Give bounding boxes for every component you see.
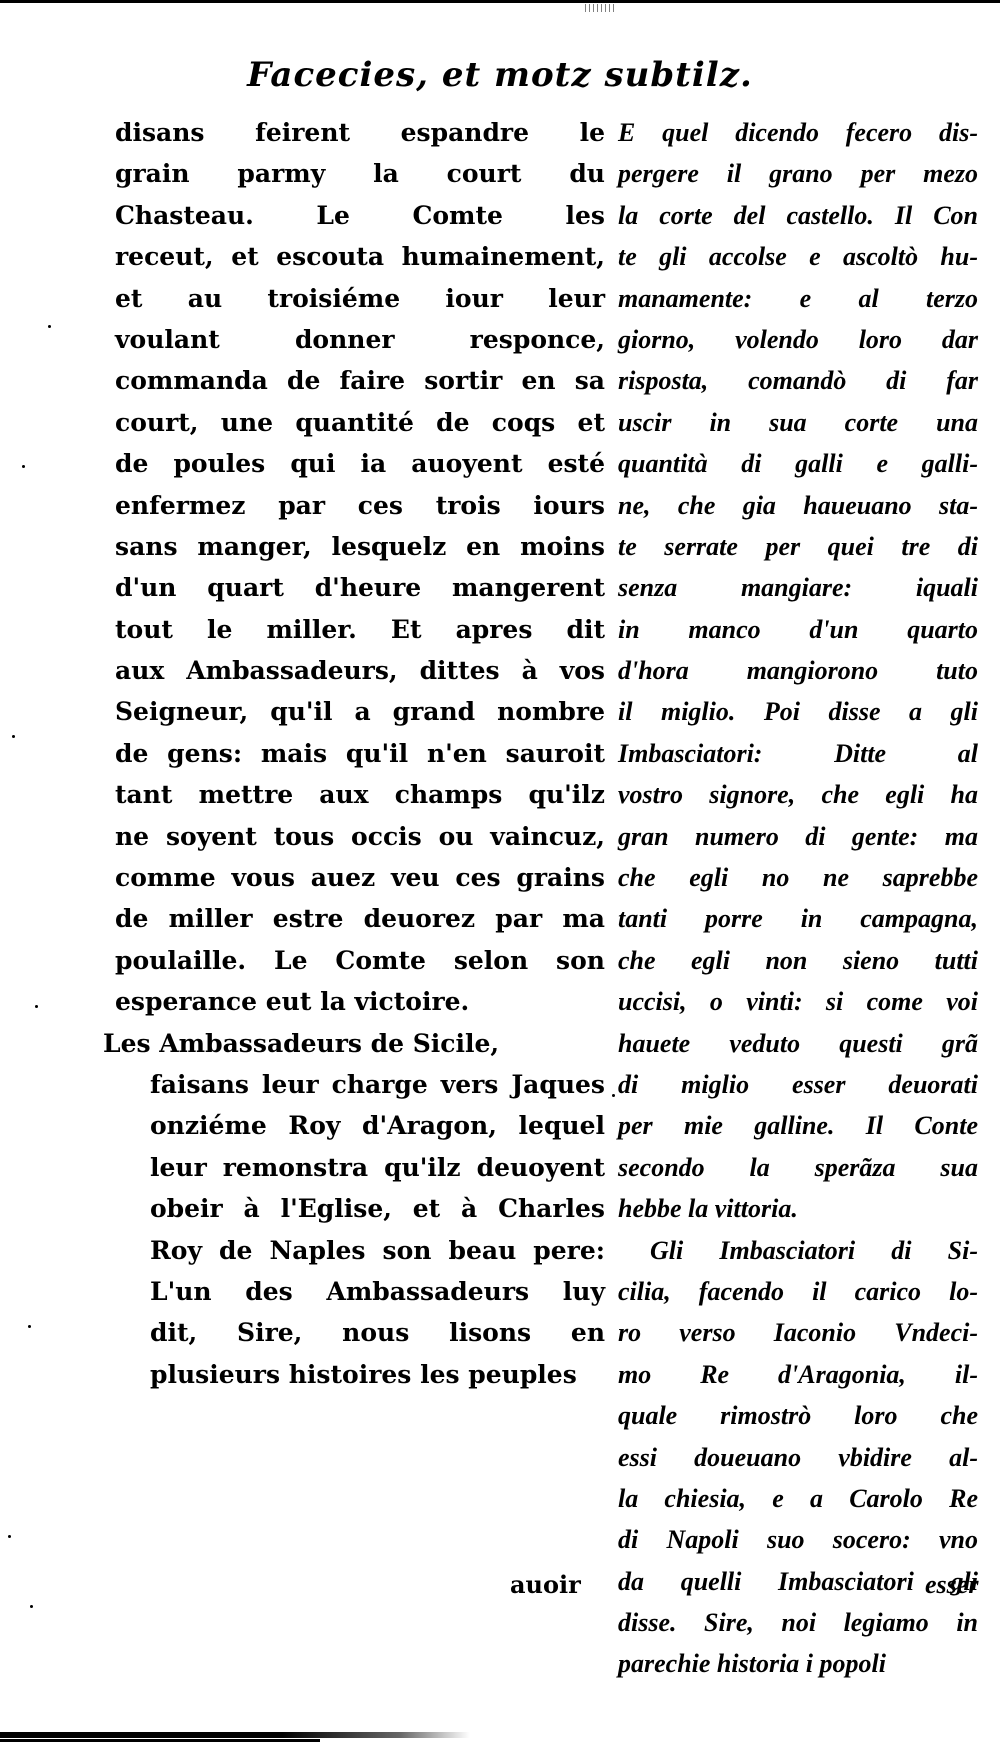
text-line: plusieurs histoires les peuples xyxy=(115,1354,605,1395)
text-line: poulaille. Le Comte selon son xyxy=(115,940,605,981)
bottom-border-rule xyxy=(0,1732,470,1738)
text-line: L'un des Ambassadeurs luy xyxy=(115,1271,605,1312)
text-line: ro verso Iaconio Vndeci- xyxy=(618,1312,978,1353)
bottom-border-rule-secondary xyxy=(0,1739,320,1742)
text-line: il miglio. Poi disse a gli xyxy=(618,691,978,732)
text-line: Gli Imbasciatori di Si- xyxy=(618,1230,978,1271)
text-line: faisans leur charge vers Jaques xyxy=(115,1064,605,1105)
text-line: senza mangiare: iquali xyxy=(618,567,978,608)
text-line: d'hora mangiorono tuto xyxy=(618,650,978,691)
text-line: onziéme Roy d'Aragon, lequel xyxy=(115,1105,605,1146)
scan-speck xyxy=(48,325,51,328)
text-line: de poules qui ia auoyent esté xyxy=(115,443,605,484)
text-line: te gli accolse e ascoltò hu- xyxy=(618,236,978,277)
text-line: ne, che gia haueuano sta- xyxy=(618,485,978,526)
text-line: tout le miller. Et apres dit xyxy=(115,609,605,650)
running-head: Facecies, et motz subtilz. xyxy=(0,55,1000,95)
text-line: da quelli Imbasciatori gli xyxy=(618,1561,978,1602)
scan-speck xyxy=(8,1535,11,1538)
text-line: disse. Sire, noi legiamo in xyxy=(618,1602,978,1643)
text-line: quale rimostrò loro che xyxy=(618,1395,978,1436)
text-line: Les Ambassadeurs de Sicile, xyxy=(103,1023,605,1064)
text-line: receut, et escouta humainement, xyxy=(115,236,605,277)
scan-artifact xyxy=(585,4,615,12)
scan-speck xyxy=(35,1005,38,1008)
text-line: uccisi, o vinti: si come voi xyxy=(618,981,978,1022)
text-line: secondo la sperãza sua xyxy=(618,1147,978,1188)
catchword-italian: esser xyxy=(925,1570,978,1600)
top-border-rule xyxy=(0,0,1000,3)
text-line: leur remonstra qu'ilz deuoyent xyxy=(115,1147,605,1188)
text-line: dit, Sire, nous lisons en xyxy=(115,1312,605,1353)
text-line: tant mettre aux champs qu'ilz xyxy=(115,774,605,815)
text-line: che egli no ne saprebbe xyxy=(618,857,978,898)
text-line: uscir in sua corte una xyxy=(618,402,978,443)
scan-speck xyxy=(12,735,15,738)
text-line: cilia, facendo il carico lo- xyxy=(618,1271,978,1312)
text-line: la chiesia, e a Carolo Re xyxy=(618,1478,978,1519)
text-line: te serrate per quei tre di xyxy=(618,526,978,567)
catchword-french: auoir xyxy=(510,1570,581,1599)
text-line: parechie historia i popoli xyxy=(618,1643,978,1684)
text-line: Imbasciatori: Ditte al xyxy=(618,733,978,774)
scan-speck xyxy=(612,1094,615,1097)
text-line: risposta, comandò di far xyxy=(618,360,978,401)
text-line: enfermez par ces trois iours xyxy=(115,485,605,526)
text-line: hauete veduto questi grã xyxy=(618,1023,978,1064)
text-line: aux Ambassadeurs, dittes à vos xyxy=(115,650,605,691)
text-line: grain parmy la court du xyxy=(115,153,605,194)
text-line: E quel dicendo fecero dis- xyxy=(618,112,978,153)
text-line: de gens: mais qu'il n'en sauroit xyxy=(115,733,605,774)
text-line: court, une quantité de coqs et xyxy=(115,402,605,443)
text-line: d'un quart d'heure mangerent xyxy=(115,567,605,608)
text-line: hebbe la vittoria. xyxy=(618,1188,978,1229)
italian-column: E quel dicendo fecero dis-pergere il gra… xyxy=(618,112,978,1685)
scan-speck xyxy=(30,1605,33,1608)
text-line: de miller estre deuorez par ma xyxy=(115,898,605,939)
scan-speck xyxy=(22,465,25,468)
text-line: la corte del castello. Il Con xyxy=(618,195,978,236)
text-line: esperance eut la victoire. xyxy=(115,981,605,1022)
text-line: giorno, volendo loro dar xyxy=(618,319,978,360)
text-line: Seigneur, qu'il a grand nombre xyxy=(115,691,605,732)
text-line: ne soyent tous occis ou vaincuz, xyxy=(115,816,605,857)
text-line: disans feirent espandre le xyxy=(115,112,605,153)
text-line: di Napoli suo socero: vno xyxy=(618,1519,978,1560)
text-line: Chasteau. Le Comte les xyxy=(115,195,605,236)
scan-speck xyxy=(28,1325,31,1328)
text-line: che egli non sieno tutti xyxy=(618,940,978,981)
text-line: tanti porre in campagna, xyxy=(618,898,978,939)
text-line: per mie galline. Il Conte xyxy=(618,1105,978,1146)
text-line: pergere il grano per mezo xyxy=(618,153,978,194)
text-line: Roy de Naples son beau pere: xyxy=(115,1230,605,1271)
text-line: commanda de faire sortir en sa xyxy=(115,360,605,401)
text-line: sans manger, lesquelz en moins xyxy=(115,526,605,567)
text-line: et au troisiéme iour leur xyxy=(115,278,605,319)
text-line: mo Re d'Aragonia, il- xyxy=(618,1354,978,1395)
text-line: obeir à l'Eglise, et à Charles xyxy=(115,1188,605,1229)
text-line: vostro signore, che egli ha xyxy=(618,774,978,815)
text-line: voulant donner responce, xyxy=(115,319,605,360)
text-line: essi doueuano vbidire al- xyxy=(618,1437,978,1478)
text-line: quantità di galli e galli- xyxy=(618,443,978,484)
french-column: disans feirent espandre legrain parmy la… xyxy=(115,112,605,1395)
text-line: comme vous auez veu ces grains xyxy=(115,857,605,898)
text-line: in manco d'un quarto xyxy=(618,609,978,650)
text-line: di miglio esser deuorati xyxy=(618,1064,978,1105)
text-line: gran numero di gente: ma xyxy=(618,816,978,857)
text-line: manamente: e al terzo xyxy=(618,278,978,319)
